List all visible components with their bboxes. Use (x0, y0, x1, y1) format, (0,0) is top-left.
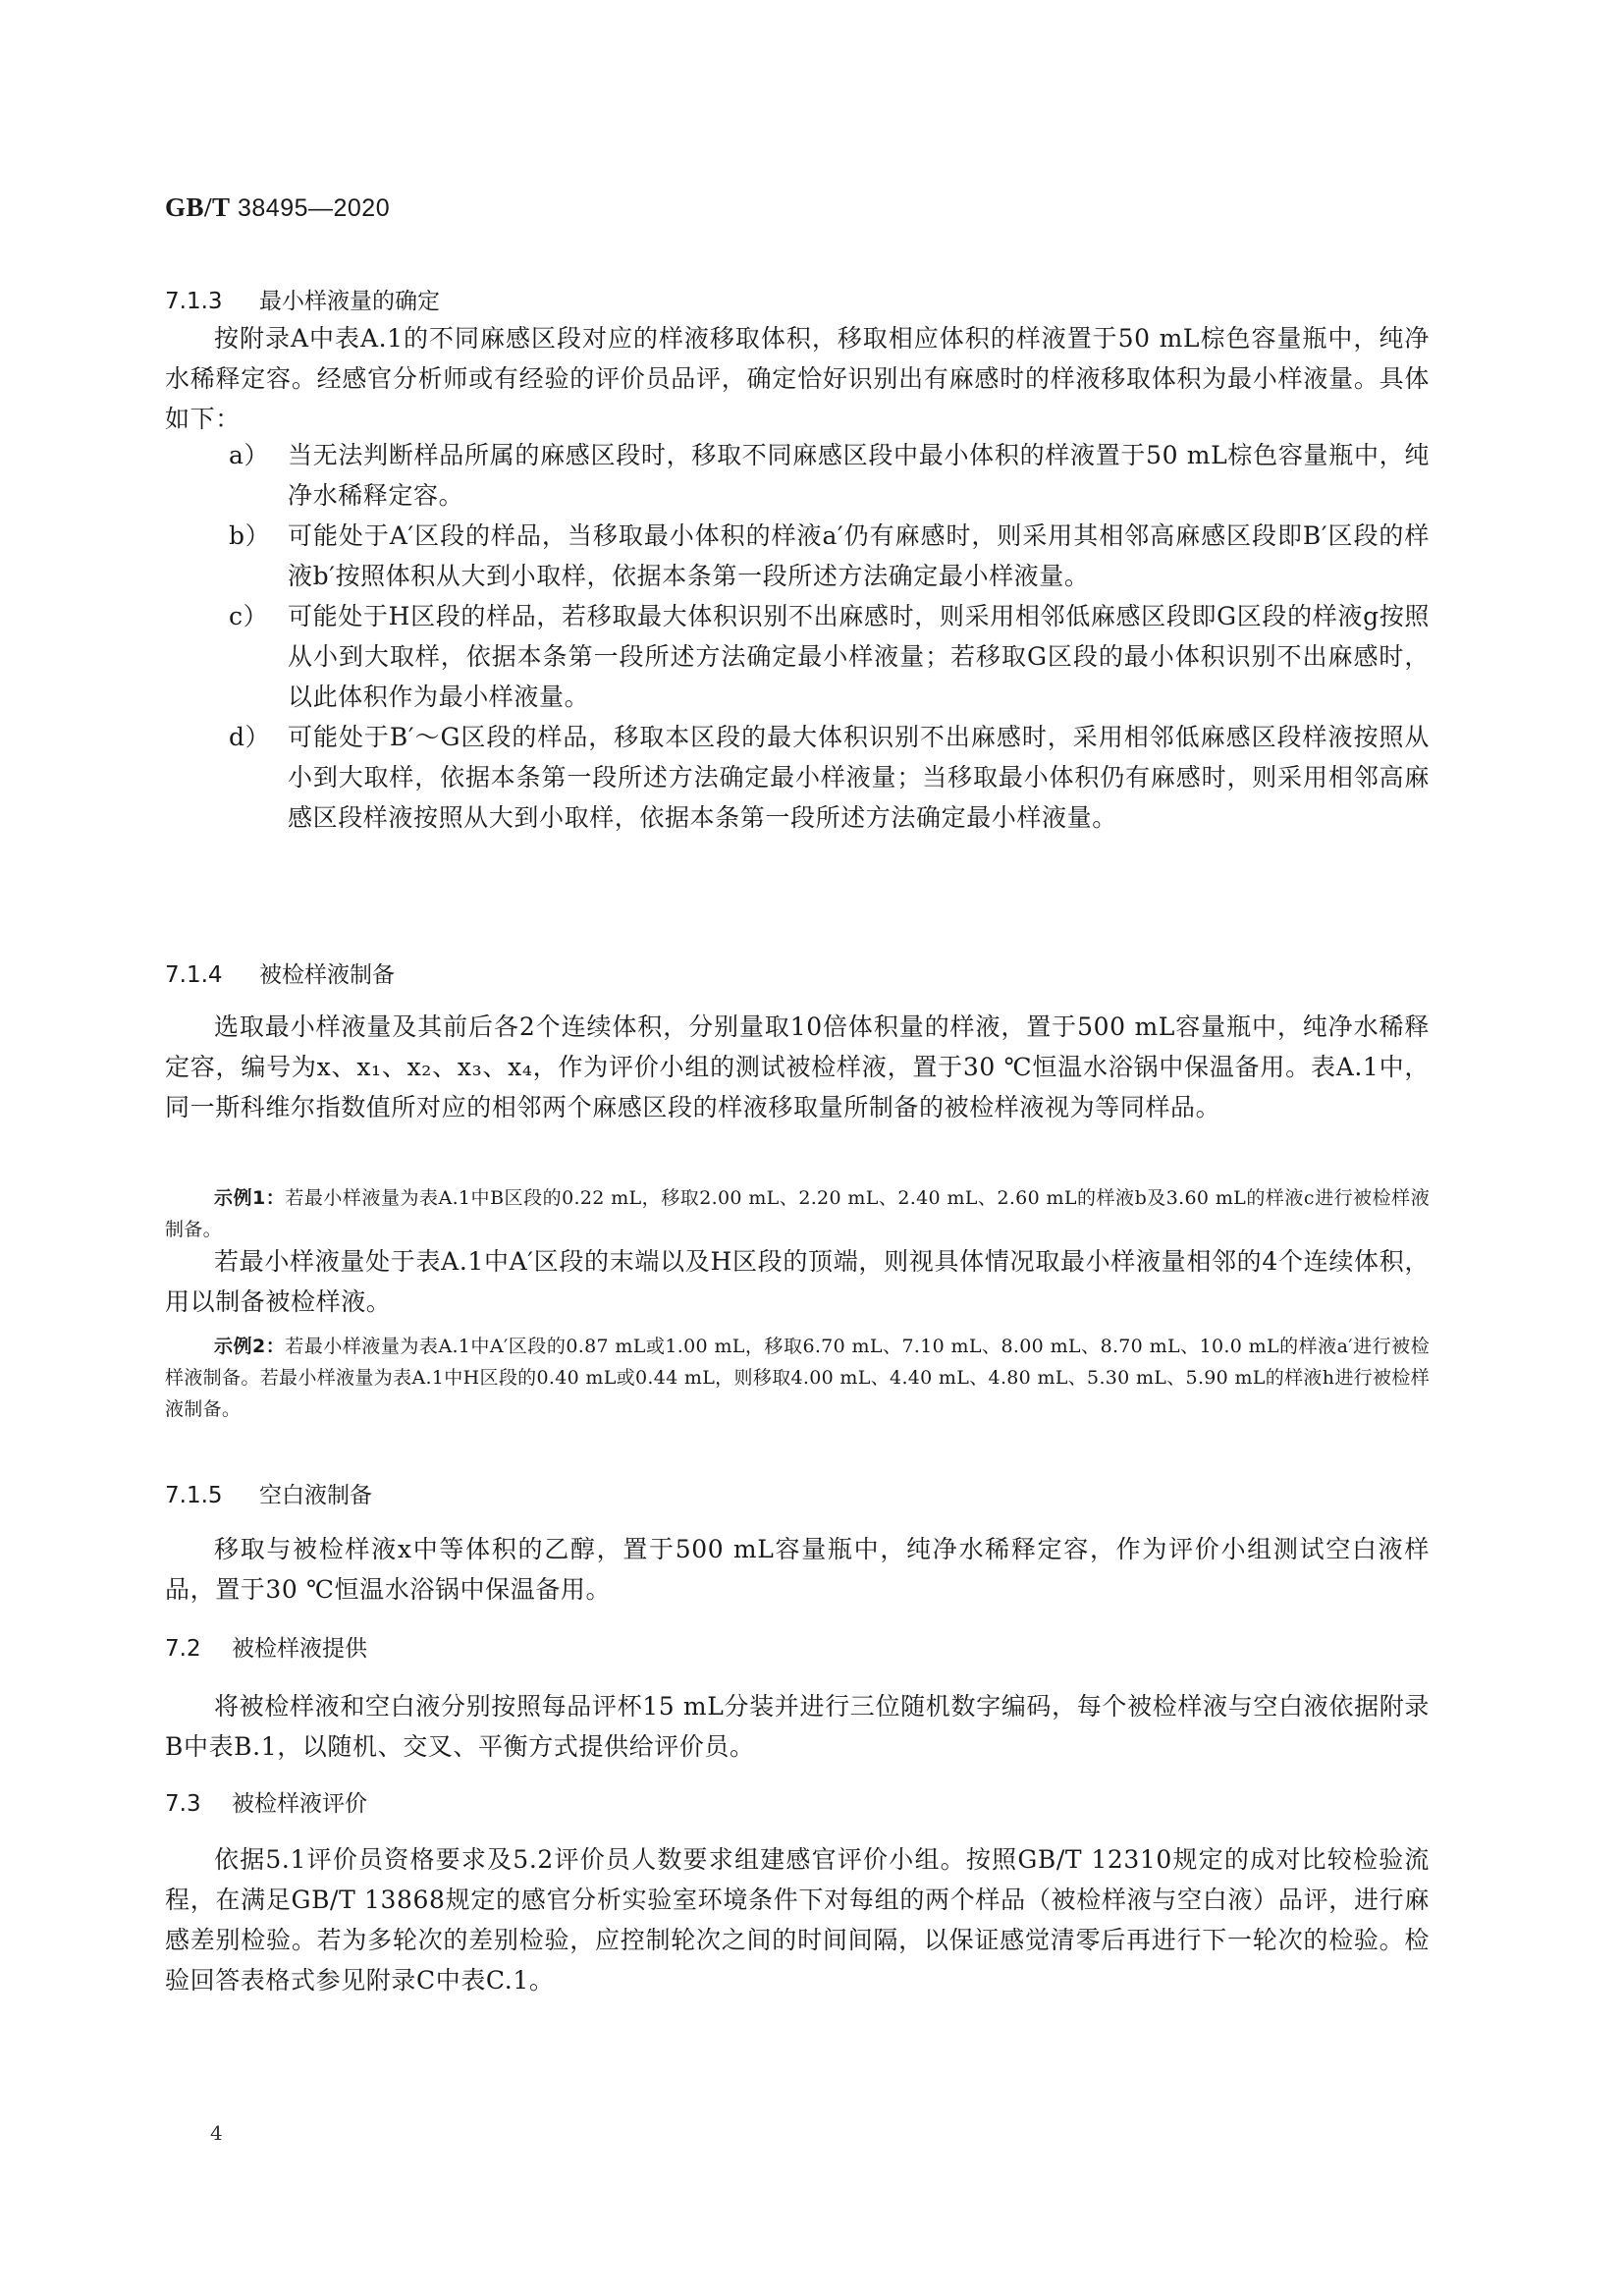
standard-prefix: GB/T (165, 192, 231, 222)
example-label: 示例2： (214, 1336, 285, 1357)
document-page: GB/T 38495—2020 7.1.3最小样液量的确定 按附录A中表A.1的… (0, 0, 1623, 2296)
standard-number: GB/T 38495—2020 (165, 192, 390, 223)
paragraph-7-1-5: 移取与被检样液x中等体积的乙醇，置于500 mL容量瓶中，纯净水稀释定容，作为评… (165, 1529, 1430, 1610)
section-heading-7-3: 7.3被检样液评价 (165, 1789, 367, 1819)
section-heading-7-2: 7.2被检样液提供 (165, 1634, 367, 1664)
list-text: 可能处于A′区段的样品，当移取最小体积的样液a′仍有麻感时，则采用其相邻高麻感区… (288, 521, 1430, 590)
list-label: a） (229, 435, 269, 475)
list-label: c） (229, 596, 268, 636)
paragraph-7-1-4-main: 选取最小样液量及其前后各2个连续体积，分别量取10倍体积量的样液，置于500 m… (165, 1007, 1430, 1127)
section-title: 空白液制备 (259, 1483, 372, 1508)
section-heading-7-1-4: 7.1.4被检样液制备 (165, 960, 395, 990)
list-item-c: c） 可能处于H区段的样品，若移取最大体积识别不出麻感时，则采用相邻低麻感区段即… (165, 596, 1430, 717)
paragraph-7-1-3-intro: 按附录A中表A.1的不同麻感区段对应的样液移取体积，移取相应体积的样液置于50 … (165, 318, 1430, 439)
section-heading-7-1-3: 7.1.3最小样液量的确定 (165, 287, 440, 316)
page-number: 4 (210, 2121, 223, 2145)
example-2: 示例2：若最小样液量为表A.1中A′区段的0.87 mL或1.00 mL，移取6… (165, 1331, 1430, 1425)
example-label: 示例1： (214, 1187, 285, 1209)
list-item-d: d） 可能处于B′～G区段的样品，移取本区段的最大体积识别不出麻感时，采用相邻低… (165, 717, 1430, 838)
example-text: 若最小样液量为表A.1中B区段的0.22 mL，移取2.00 mL、2.20 m… (165, 1187, 1430, 1240)
section-title: 被检样液制备 (259, 962, 395, 988)
list-item-b: b） 可能处于A′区段的样品，当移取最小体积的样液a′仍有麻感时，则采用其相邻高… (165, 516, 1430, 596)
section-title: 最小样液量的确定 (259, 289, 440, 314)
example-1: 示例1：若最小样液量为表A.1中B区段的0.22 mL，移取2.00 mL、2.… (165, 1182, 1430, 1245)
section-number: 7.2 (165, 1634, 232, 1664)
section-number: 7.1.5 (165, 1481, 259, 1510)
list-text: 可能处于B′～G区段的样品，移取本区段的最大体积识别不出麻感时，采用相邻低麻感区… (288, 723, 1430, 832)
list-label: d） (229, 717, 270, 757)
list-text: 可能处于H区段的样品，若移取最大体积识别不出麻感时，则采用相邻低麻感区段即G区段… (288, 602, 1430, 711)
example-text: 若最小样液量为表A.1中A′区段的0.87 mL或1.00 mL，移取6.70 … (165, 1336, 1430, 1420)
section-title: 被检样液评价 (232, 1791, 367, 1817)
section-number: 7.3 (165, 1789, 232, 1819)
section-number: 7.1.3 (165, 287, 259, 316)
procedure-list: a） 当无法判断样品所属的麻感区段时，移取不同麻感区段中最小体积的样液置于50 … (165, 435, 1430, 838)
section-number: 7.1.4 (165, 960, 259, 990)
list-text: 当无法判断样品所属的麻感区段时，移取不同麻感区段中最小体积的样液置于50 mL棕… (288, 441, 1430, 510)
paragraph-7-1-4-second: 若最小样液量处于表A.1中A′区段的末端以及H区段的顶端，则视具体情况取最小样液… (165, 1241, 1430, 1322)
paragraph-7-3: 依据5.1评价员资格要求及5.2评价员人数要求组建感官评价小组。按照GB/T 1… (165, 1839, 1430, 2000)
section-heading-7-1-5: 7.1.5空白液制备 (165, 1481, 372, 1510)
section-title: 被检样液提供 (232, 1636, 367, 1662)
list-item-a: a） 当无法判断样品所属的麻感区段时，移取不同麻感区段中最小体积的样液置于50 … (165, 435, 1430, 516)
paragraph-7-2: 将被检样液和空白液分别按照每品评杯15 mL分装并进行三位随机数字编码，每个被检… (165, 1686, 1430, 1767)
list-label: b） (229, 516, 270, 556)
standard-code: 38495—2020 (238, 194, 390, 222)
